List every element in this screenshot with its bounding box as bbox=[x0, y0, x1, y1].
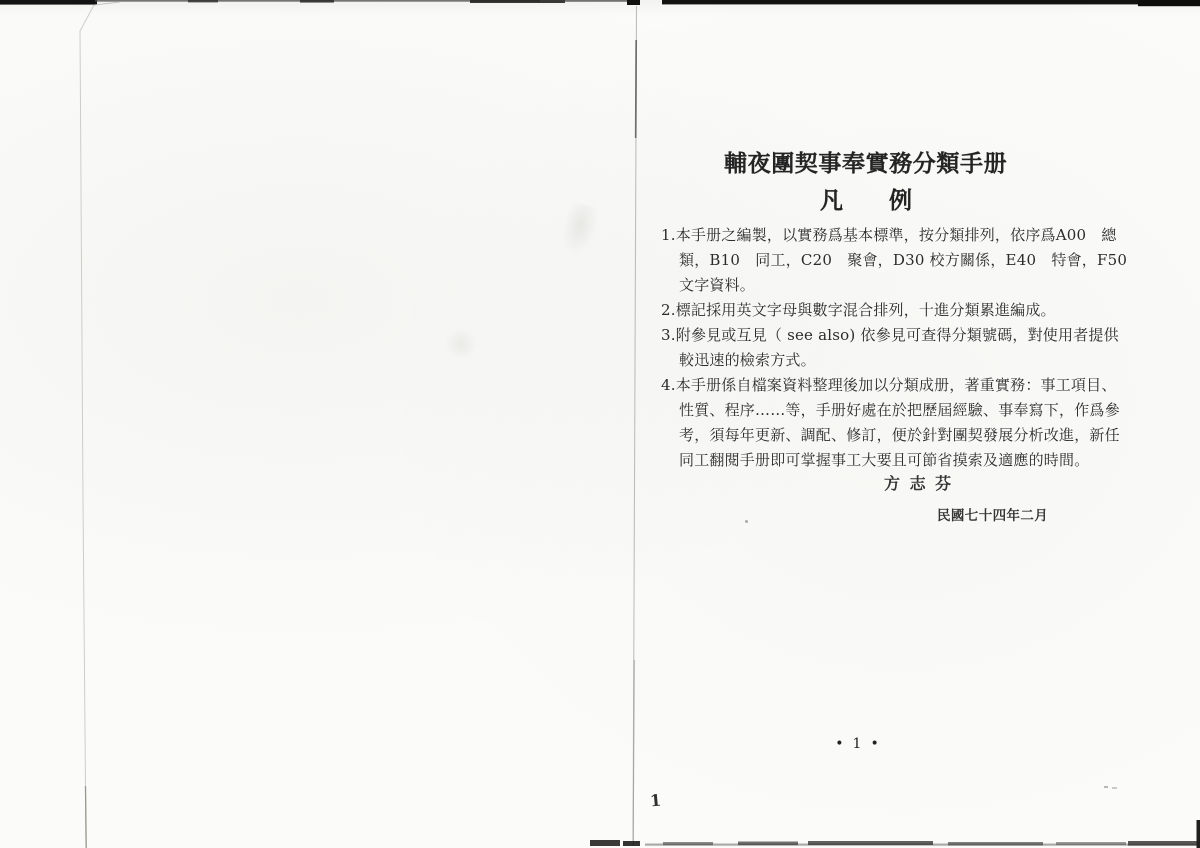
body-line: 4.本手册係自檔案資料整理後加以分類成册，著重實務：事工項目、 bbox=[661, 373, 1127, 398]
body-line: 1.本手册之編製，以實務爲基本標準，按分類排列，依序爲A00 總 bbox=[661, 223, 1127, 248]
body-line: 3.附參見或互見（ see also) 依參見可查得分類號碼，對使用者提供 bbox=[661, 323, 1127, 348]
section-heading: 凡 例 bbox=[820, 186, 912, 216]
left-page-blank bbox=[0, 0, 610, 848]
body-line: 性質、程序……等，手册好處在於把歷屆經驗、事奉寫下，作爲參 bbox=[661, 398, 1127, 423]
folio-number: 1 bbox=[853, 736, 862, 752]
body-line: 同工翻閱手册即可掌握事工大要且可節省摸索及適應的時間。 bbox=[661, 448, 1127, 473]
body-line: 2.標記採用英文字母與數字混合排列，十進分類累進編成。 bbox=[661, 298, 1127, 323]
page-number: • 1 • bbox=[822, 736, 892, 752]
notes-body: 1.本手册之編製，以實務爲基本標準，按分類排列，依序爲A00 總 類，B10 同… bbox=[661, 223, 1127, 473]
stray-print-mark: 1 bbox=[649, 791, 662, 811]
publication-date: 民國七十四年二月 bbox=[937, 504, 1048, 524]
body-line: 類，B10 同工，C20 聚會，D30 校方關係，E40 特會，F50 bbox=[661, 248, 1127, 273]
author-signature: 方 志 芬 bbox=[884, 471, 953, 494]
folio-dot-left: • bbox=[835, 736, 843, 752]
body-line: 較迅速的檢索方式。 bbox=[661, 348, 1127, 373]
folio-dot-right: • bbox=[870, 736, 878, 752]
page-title: 輔夜團契事奉實務分類手册 bbox=[724, 149, 1007, 179]
body-line: 考，須每年更新、調配、修訂，便於針對團契發展分析改進，新任 bbox=[661, 423, 1127, 448]
body-line: 文字資料。 bbox=[661, 273, 1127, 298]
scanned-book-spread: 輔夜團契事奉實務分類手册 凡 例 1.本手册之編製，以實務爲基本標準，按分類排列… bbox=[0, 0, 1200, 848]
